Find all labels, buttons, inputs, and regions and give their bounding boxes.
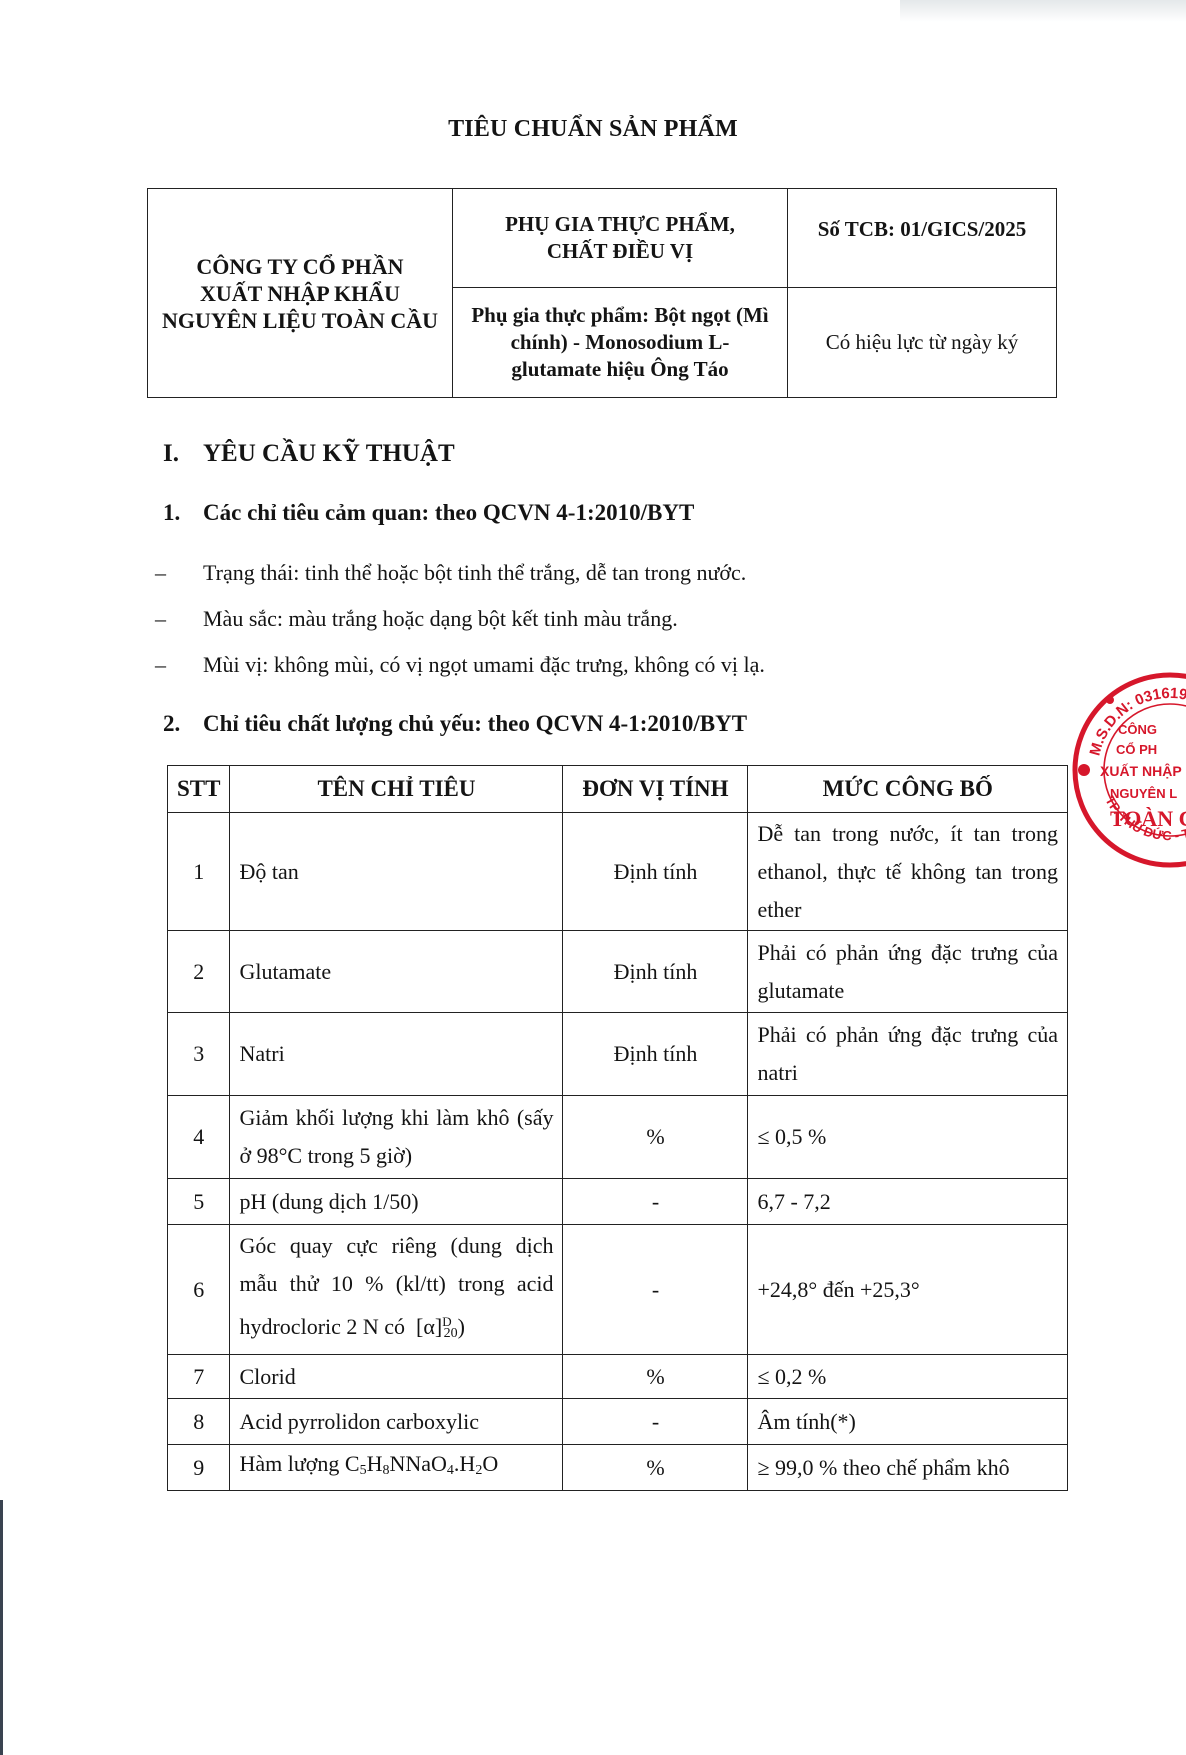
- dash-bullet-icon: –: [155, 606, 203, 632]
- document-title: TIÊU CHUẨN SẢN PHẨM: [0, 116, 1186, 143]
- list-item-text: Mùi vị: không mùi, có vị ngọt umami đặc …: [203, 652, 765, 677]
- header-table: CÔNG TY CỔ PHẦN XUẤT NHẬP KHẨU NGUYÊN LI…: [147, 188, 1057, 398]
- dash-bullet-icon: –: [155, 560, 203, 586]
- cell-name: Clorid: [230, 1355, 563, 1399]
- subsection-title: Các chỉ tiêu cảm quan: theo QCVN 4-1:201…: [203, 500, 694, 525]
- table-row: 7 Clorid % ≤ 0,2 %: [168, 1355, 1068, 1399]
- cell-value: Phải có phản ứng đặc trưng của natri: [748, 1013, 1068, 1096]
- list-item-text: Màu sắc: màu trắng hoặc dạng bột kết tin…: [203, 606, 678, 631]
- cell-stt: 6: [168, 1225, 230, 1355]
- cell-name: Acid pyrrolidon carboxylic: [230, 1399, 563, 1445]
- subsection-number: 2.: [163, 711, 203, 737]
- subsection-heading-quality: 2.Chỉ tiêu chất lượng chủ yếu: theo QCVN…: [163, 711, 747, 737]
- cell-unit: %: [563, 1096, 748, 1179]
- cell-stt: 8: [168, 1399, 230, 1445]
- stamp-line: XUẤT NHẬP: [1100, 762, 1182, 779]
- table-row: 5 pH (dung dịch 1/50) - 6,7 - 7,2: [168, 1179, 1068, 1225]
- cell-name: Giảm khối lượng khi làm khô (sấy ở 98°C …: [230, 1096, 563, 1179]
- cell-name: Hàm lượng C5H8NNaO4.H2O: [230, 1445, 563, 1491]
- list-item: –Mùi vị: không mùi, có vị ngọt umami đặc…: [155, 652, 765, 678]
- cell-unit: -: [563, 1399, 748, 1445]
- subsection-title: Chỉ tiêu chất lượng chủ yếu: theo QCVN 4…: [203, 711, 747, 736]
- cell-stt: 4: [168, 1096, 230, 1179]
- table-row: 1 Độ tan Định tính Dễ tan trong nước, ít…: [168, 813, 1068, 931]
- section-numeral: I.: [163, 440, 203, 468]
- cell-name: Natri: [230, 1013, 563, 1096]
- section-title: YÊU CẦU KỸ THUẬT: [203, 440, 455, 467]
- cell-name: Góc quay cực riêng (dung dịch mẫu thử 10…: [230, 1225, 563, 1355]
- product-category: PHỤ GIA THỰC PHẨM, CHẤT ĐIỀU VỊ: [453, 189, 788, 288]
- cell-unit: %: [563, 1355, 748, 1399]
- scan-edge-shadow: [900, 0, 1186, 22]
- cell-value: ≤ 0,5 %: [748, 1096, 1068, 1179]
- cell-unit: Định tính: [563, 813, 748, 931]
- cell-unit: %: [563, 1445, 748, 1491]
- stamp-line: CÔNG: [1118, 722, 1157, 737]
- cell-value: Âm tính(*): [748, 1399, 1068, 1445]
- column-header-unit: ĐƠN VỊ TÍNH: [563, 766, 748, 813]
- cell-value: ≥ 99,0 % theo chế phẩm khô: [748, 1445, 1068, 1491]
- list-item: –Trạng thái: tinh thể hoặc bột tinh thể …: [155, 560, 746, 586]
- dash-bullet-icon: –: [155, 652, 203, 678]
- cell-value: +24,8° đến +25,3°: [748, 1225, 1068, 1355]
- stamp-line: TOÀN C: [1110, 806, 1186, 831]
- table-row: 9 Hàm lượng C5H8NNaO4.H2O % ≥ 99,0 % the…: [168, 1445, 1068, 1491]
- cell-stt: 3: [168, 1013, 230, 1096]
- cell-value: Phải có phản ứng đặc trưng của glutamate: [748, 931, 1068, 1013]
- specific-rotation-symbol: [α]D20: [416, 1314, 458, 1339]
- cell-value: Dễ tan trong nước, ít tan trong ethanol,…: [748, 813, 1068, 931]
- table-row: 2 Glutamate Định tính Phải có phản ứng đ…: [168, 931, 1068, 1013]
- cell-stt: 7: [168, 1355, 230, 1399]
- column-header-name: TÊN CHỈ TIÊU: [230, 766, 563, 813]
- cell-unit: Định tính: [563, 931, 748, 1013]
- list-item-text: Trạng thái: tinh thể hoặc bột tinh thể t…: [203, 560, 746, 585]
- product-name: Phụ gia thực phẩm: Bột ngọt (Mì chính) -…: [453, 288, 788, 397]
- cell-name: Độ tan: [230, 813, 563, 931]
- cell-unit: -: [563, 1179, 748, 1225]
- table-row: 8 Acid pyrrolidon carboxylic - Âm tính(*…: [168, 1399, 1068, 1445]
- table-row: 6 Góc quay cực riêng (dung dịch mẫu thử …: [168, 1225, 1068, 1355]
- stamp-line: CỔ PH: [1116, 742, 1157, 757]
- cell-value: 6,7 - 7,2: [748, 1179, 1068, 1225]
- cell-stt: 5: [168, 1179, 230, 1225]
- cell-stt: 1: [168, 813, 230, 931]
- cell-name: pH (dung dịch 1/50): [230, 1179, 563, 1225]
- list-item: –Màu sắc: màu trắng hoặc dạng bột kết ti…: [155, 606, 678, 632]
- scan-edge-left: [0, 1500, 3, 1755]
- cell-unit: Định tính: [563, 1013, 748, 1096]
- cell-value: ≤ 0,2 %: [748, 1355, 1068, 1399]
- effective-date: Có hiệu lực từ ngày ký: [788, 288, 1056, 397]
- cell-stt: 9: [168, 1445, 230, 1491]
- standard-number: Số TCB: 01/GICS/2025: [788, 189, 1056, 288]
- table-row: 3 Natri Định tính Phải có phản ứng đặc t…: [168, 1013, 1068, 1096]
- column-header-stt: STT: [168, 766, 230, 813]
- table-row: 4 Giảm khối lượng khi làm khô (sấy ở 98°…: [168, 1096, 1068, 1179]
- cell-name-text: Góc quay cực riêng (dung dịch mẫu thử 10…: [239, 1233, 553, 1339]
- cell-name: Glutamate: [230, 931, 563, 1013]
- section-heading-technical-requirements: I.YÊU CẦU KỸ THUẬT: [163, 440, 455, 468]
- company-name: CÔNG TY CỔ PHẦN XUẤT NHẬP KHẨU NGUYÊN LI…: [148, 189, 453, 397]
- cell-unit: -: [563, 1225, 748, 1355]
- subsection-number: 1.: [163, 500, 203, 526]
- quality-table: STT TÊN CHỈ TIÊU ĐƠN VỊ TÍNH MỨC CÔNG BỐ…: [167, 765, 1068, 1491]
- company-seal-stamp: M.S.D.N: 0316199 TP. THỦ ĐỨC - TP. H CÔN…: [1070, 670, 1186, 870]
- subsection-heading-sensory: 1.Các chỉ tiêu cảm quan: theo QCVN 4-1:2…: [163, 500, 694, 526]
- table-header-row: STT TÊN CHỈ TIÊU ĐƠN VỊ TÍNH MỨC CÔNG BỐ: [168, 766, 1068, 813]
- stamp-line: NGUYÊN L: [1110, 786, 1177, 801]
- cell-stt: 2: [168, 931, 230, 1013]
- column-header-value: MỨC CÔNG BỐ: [748, 766, 1068, 813]
